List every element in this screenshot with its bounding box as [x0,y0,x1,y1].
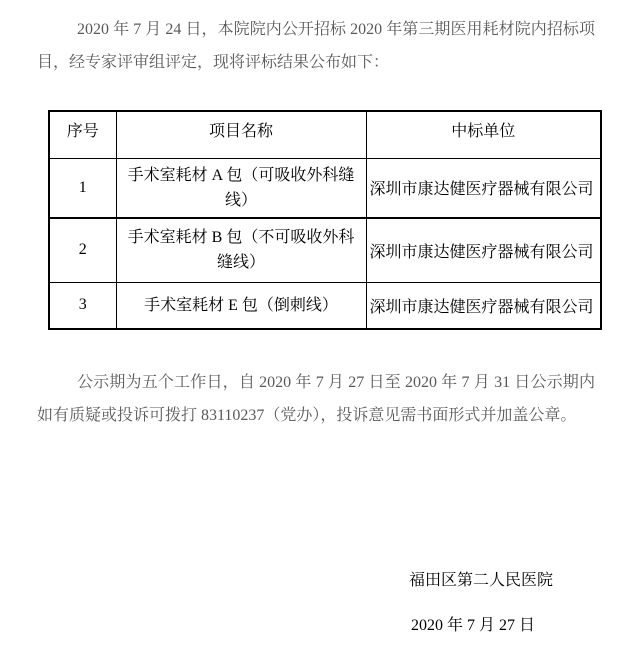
table-row: 2 手术室耗材 B 包（不可吸收外科缝线） 深圳市康达健医疗器械有限公司 [49,218,601,282]
row-project-name: 手术室耗材 E 包（倒刺线） [116,282,366,329]
header-winning-bidder: 中标单位 [366,111,601,158]
row-serial-number: 2 [49,218,116,282]
row-winning-bidder: 深圳市康达健医疗器械有限公司 [366,158,601,218]
bid-result-table: 序号 项目名称 中标单位 1 手术室耗材 A 包（可吸收外科缝线） 深圳市康达健… [48,110,602,330]
hospital-signature: 福田区第二人民医院 [0,564,633,597]
intro-paragraph: 2020 年 7 月 24 日，本院院内公开招标 2020 年第三期医用耗材院内… [37,0,595,79]
table-header-row: 序号 项目名称 中标单位 [49,111,601,158]
announcement-document: 2020 年 7 月 24 日，本院院内公开招标 2020 年第三期医用耗材院内… [0,0,633,658]
header-project-name: 项目名称 [116,111,366,158]
row-project-name: 手术室耗材 A 包（可吸收外科缝线） [116,158,366,218]
announcement-date: 2020 年 7 月 27 日 [0,609,633,642]
row-serial-number: 1 [49,158,116,218]
publicity-period-paragraph: 公示期为五个工作日，自 2020 年 7 月 27 日至 2020 年 7 月 … [37,366,595,432]
table-row: 3 手术室耗材 E 包（倒刺线） 深圳市康达健医疗器械有限公司 [49,282,601,329]
row-serial-number: 3 [49,282,116,329]
row-winning-bidder: 深圳市康达健医疗器械有限公司 [366,218,601,282]
table-row: 1 手术室耗材 A 包（可吸收外科缝线） 深圳市康达健医疗器械有限公司 [49,158,601,218]
row-winning-bidder: 深圳市康达健医疗器械有限公司 [366,282,601,329]
header-serial-number: 序号 [49,111,116,158]
row-project-name: 手术室耗材 B 包（不可吸收外科缝线） [116,218,366,282]
